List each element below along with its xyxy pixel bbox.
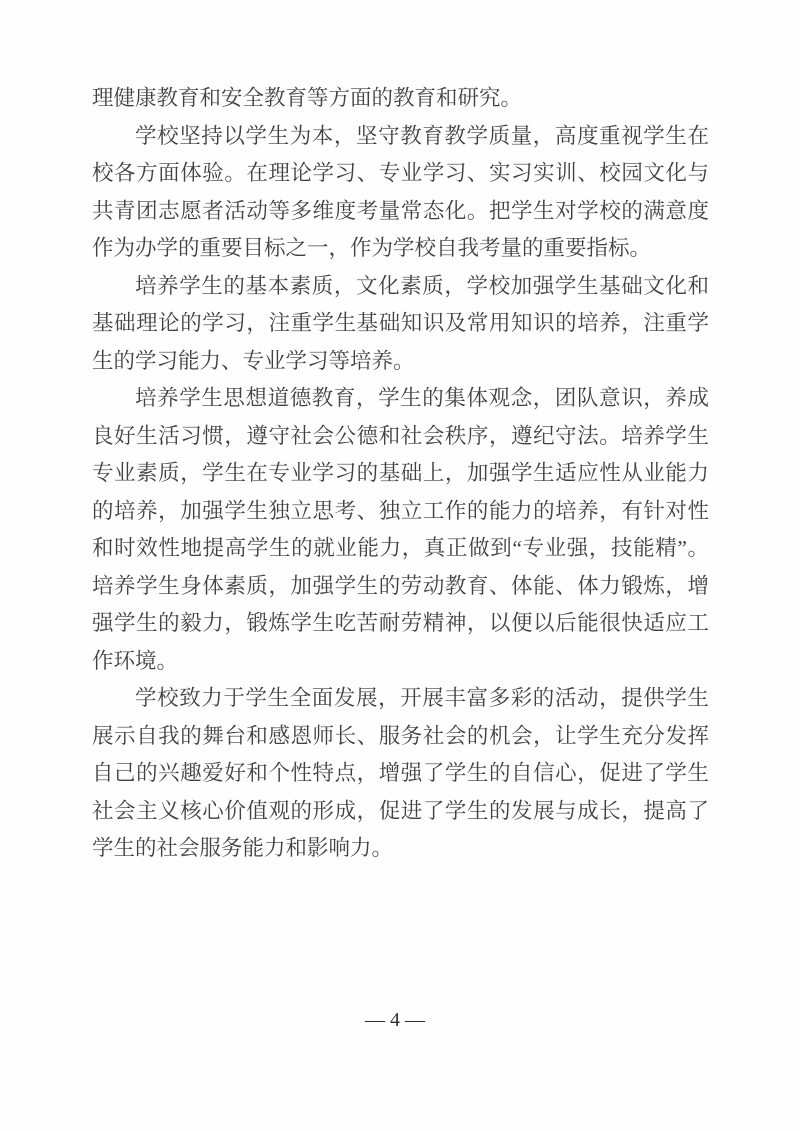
text-line: 校各方面体验。在理论学习、专业学习、实习实训、校园文化与 xyxy=(92,155,709,193)
text-line: 社会主义核心价值观的形成，促进了学生的发展与成长，提高了 xyxy=(92,793,709,831)
text-line: 强学生的毅力，锻炼学生吃苦耐劳精神，以便以后能很快适应工 xyxy=(92,605,709,643)
page-footer: — 4 — xyxy=(0,1006,790,1034)
text-line: 自己的兴趣爱好和个性特点，增强了学生的自信心，促进了学生 xyxy=(92,755,709,793)
text-line: 学校致力于学生全面发展，开展丰富多彩的活动，提供学生 xyxy=(92,680,709,718)
text-line: 学生的社会服务能力和影响力。 xyxy=(92,830,709,868)
text-line: 培养学生的基本素质，文化素质，学校加强学生基础文化和 xyxy=(92,268,709,306)
text-line: 和时效性地提高学生的就业能力，真正做到“专业强，技能精”。 xyxy=(92,530,709,568)
text-line: 基础理论的学习，注重学生基础知识及常用知识的培养，注重学 xyxy=(92,305,709,343)
document-page: 理健康教育和安全教育等方面的教育和研究。 学校坚持以学生为本，坚守教育教学质量，… xyxy=(0,0,800,1131)
text-line: 良好生活习惯，遵守社会公德和社会秩序，遵纪守法。培养学生 xyxy=(92,418,709,456)
text-line: 作环境。 xyxy=(92,643,709,681)
text-line: 作为办学的重要目标之一，作为学校自我考量的重要指标。 xyxy=(92,230,709,268)
text-line: 的培养，加强学生独立思考、独立工作的能力的培养，有针对性 xyxy=(92,493,709,531)
text-line: 培养学生思想道德教育，学生的集体观念，团队意识，养成 xyxy=(92,380,709,418)
body-text: 理健康教育和安全教育等方面的教育和研究。 学校坚持以学生为本，坚守教育教学质量，… xyxy=(92,80,709,868)
text-line: 理健康教育和安全教育等方面的教育和研究。 xyxy=(92,80,709,118)
text-line: 专业素质，学生在专业学习的基础上，加强学生适应性从业能力 xyxy=(92,455,709,493)
text-line: 培养学生身体素质，加强学生的劳动教育、体能、体力锻炼，增 xyxy=(92,568,709,606)
text-line: 生的学习能力、专业学习等培养。 xyxy=(92,343,709,381)
text-line: 学校坚持以学生为本，坚守教育教学质量，高度重视学生在 xyxy=(92,118,709,156)
text-line: 展示自我的舞台和感恩师长、服务社会的机会，让学生充分发挥 xyxy=(92,718,709,756)
page-number: — 4 — xyxy=(365,1009,425,1031)
text-line: 共青团志愿者活动等多维度考量常态化。把学生对学校的满意度 xyxy=(92,193,709,231)
